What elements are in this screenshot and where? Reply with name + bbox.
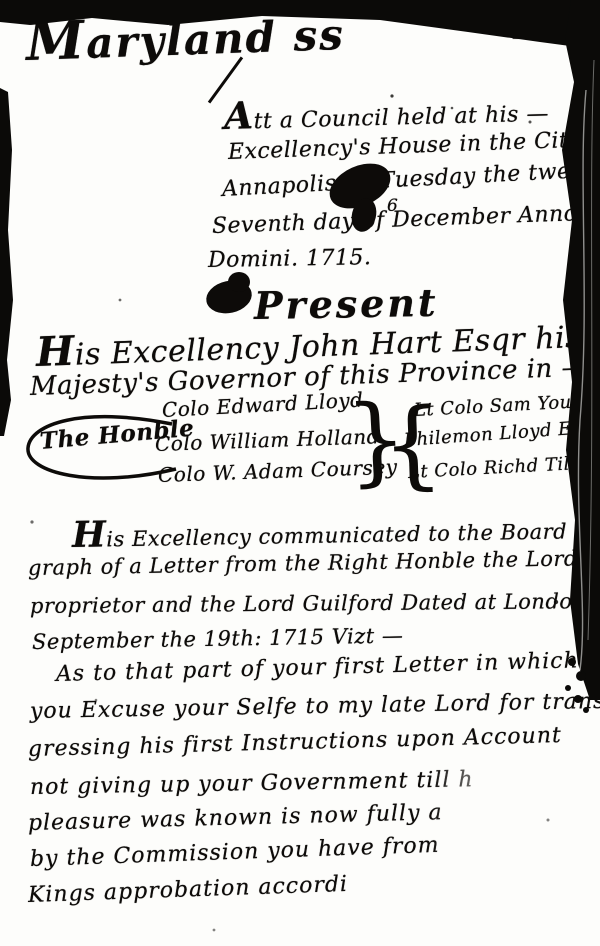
manuscript-page: Maryland ss 12 Att a Council held at his… xyxy=(0,0,600,946)
paragraph-line: gressing his first Instructions upon Acc… xyxy=(28,723,562,762)
paragraph-line: by the Commission you have from xyxy=(30,833,440,872)
paragraph-line: not giving up your Government till h xyxy=(30,767,474,800)
paragraph-line: pleasure was known is now fully a xyxy=(28,800,443,836)
session-line: Annapolis on Tuesday the twenty xyxy=(221,157,600,202)
paragraph-line: proprietor and the Lord Guilford Dated a… xyxy=(30,589,587,618)
paragraph-line: September the 19th: 1715 Vizt — xyxy=(32,624,404,654)
paragraph-line: Kings approbation accordi xyxy=(28,872,349,908)
page-number: 12 xyxy=(510,22,548,44)
faded-ink-region xyxy=(430,760,590,910)
paragraph-line: As to that part of your first Letter in … xyxy=(56,648,579,687)
ink-blot xyxy=(228,272,250,292)
region-heading: Maryland ss xyxy=(25,1,346,73)
paragraph-line: you Excuse your Selfe to my late Lord fo… xyxy=(30,689,600,724)
session-line: Domini. 1715. xyxy=(208,245,372,273)
inserted-figure: 6 xyxy=(387,196,398,216)
